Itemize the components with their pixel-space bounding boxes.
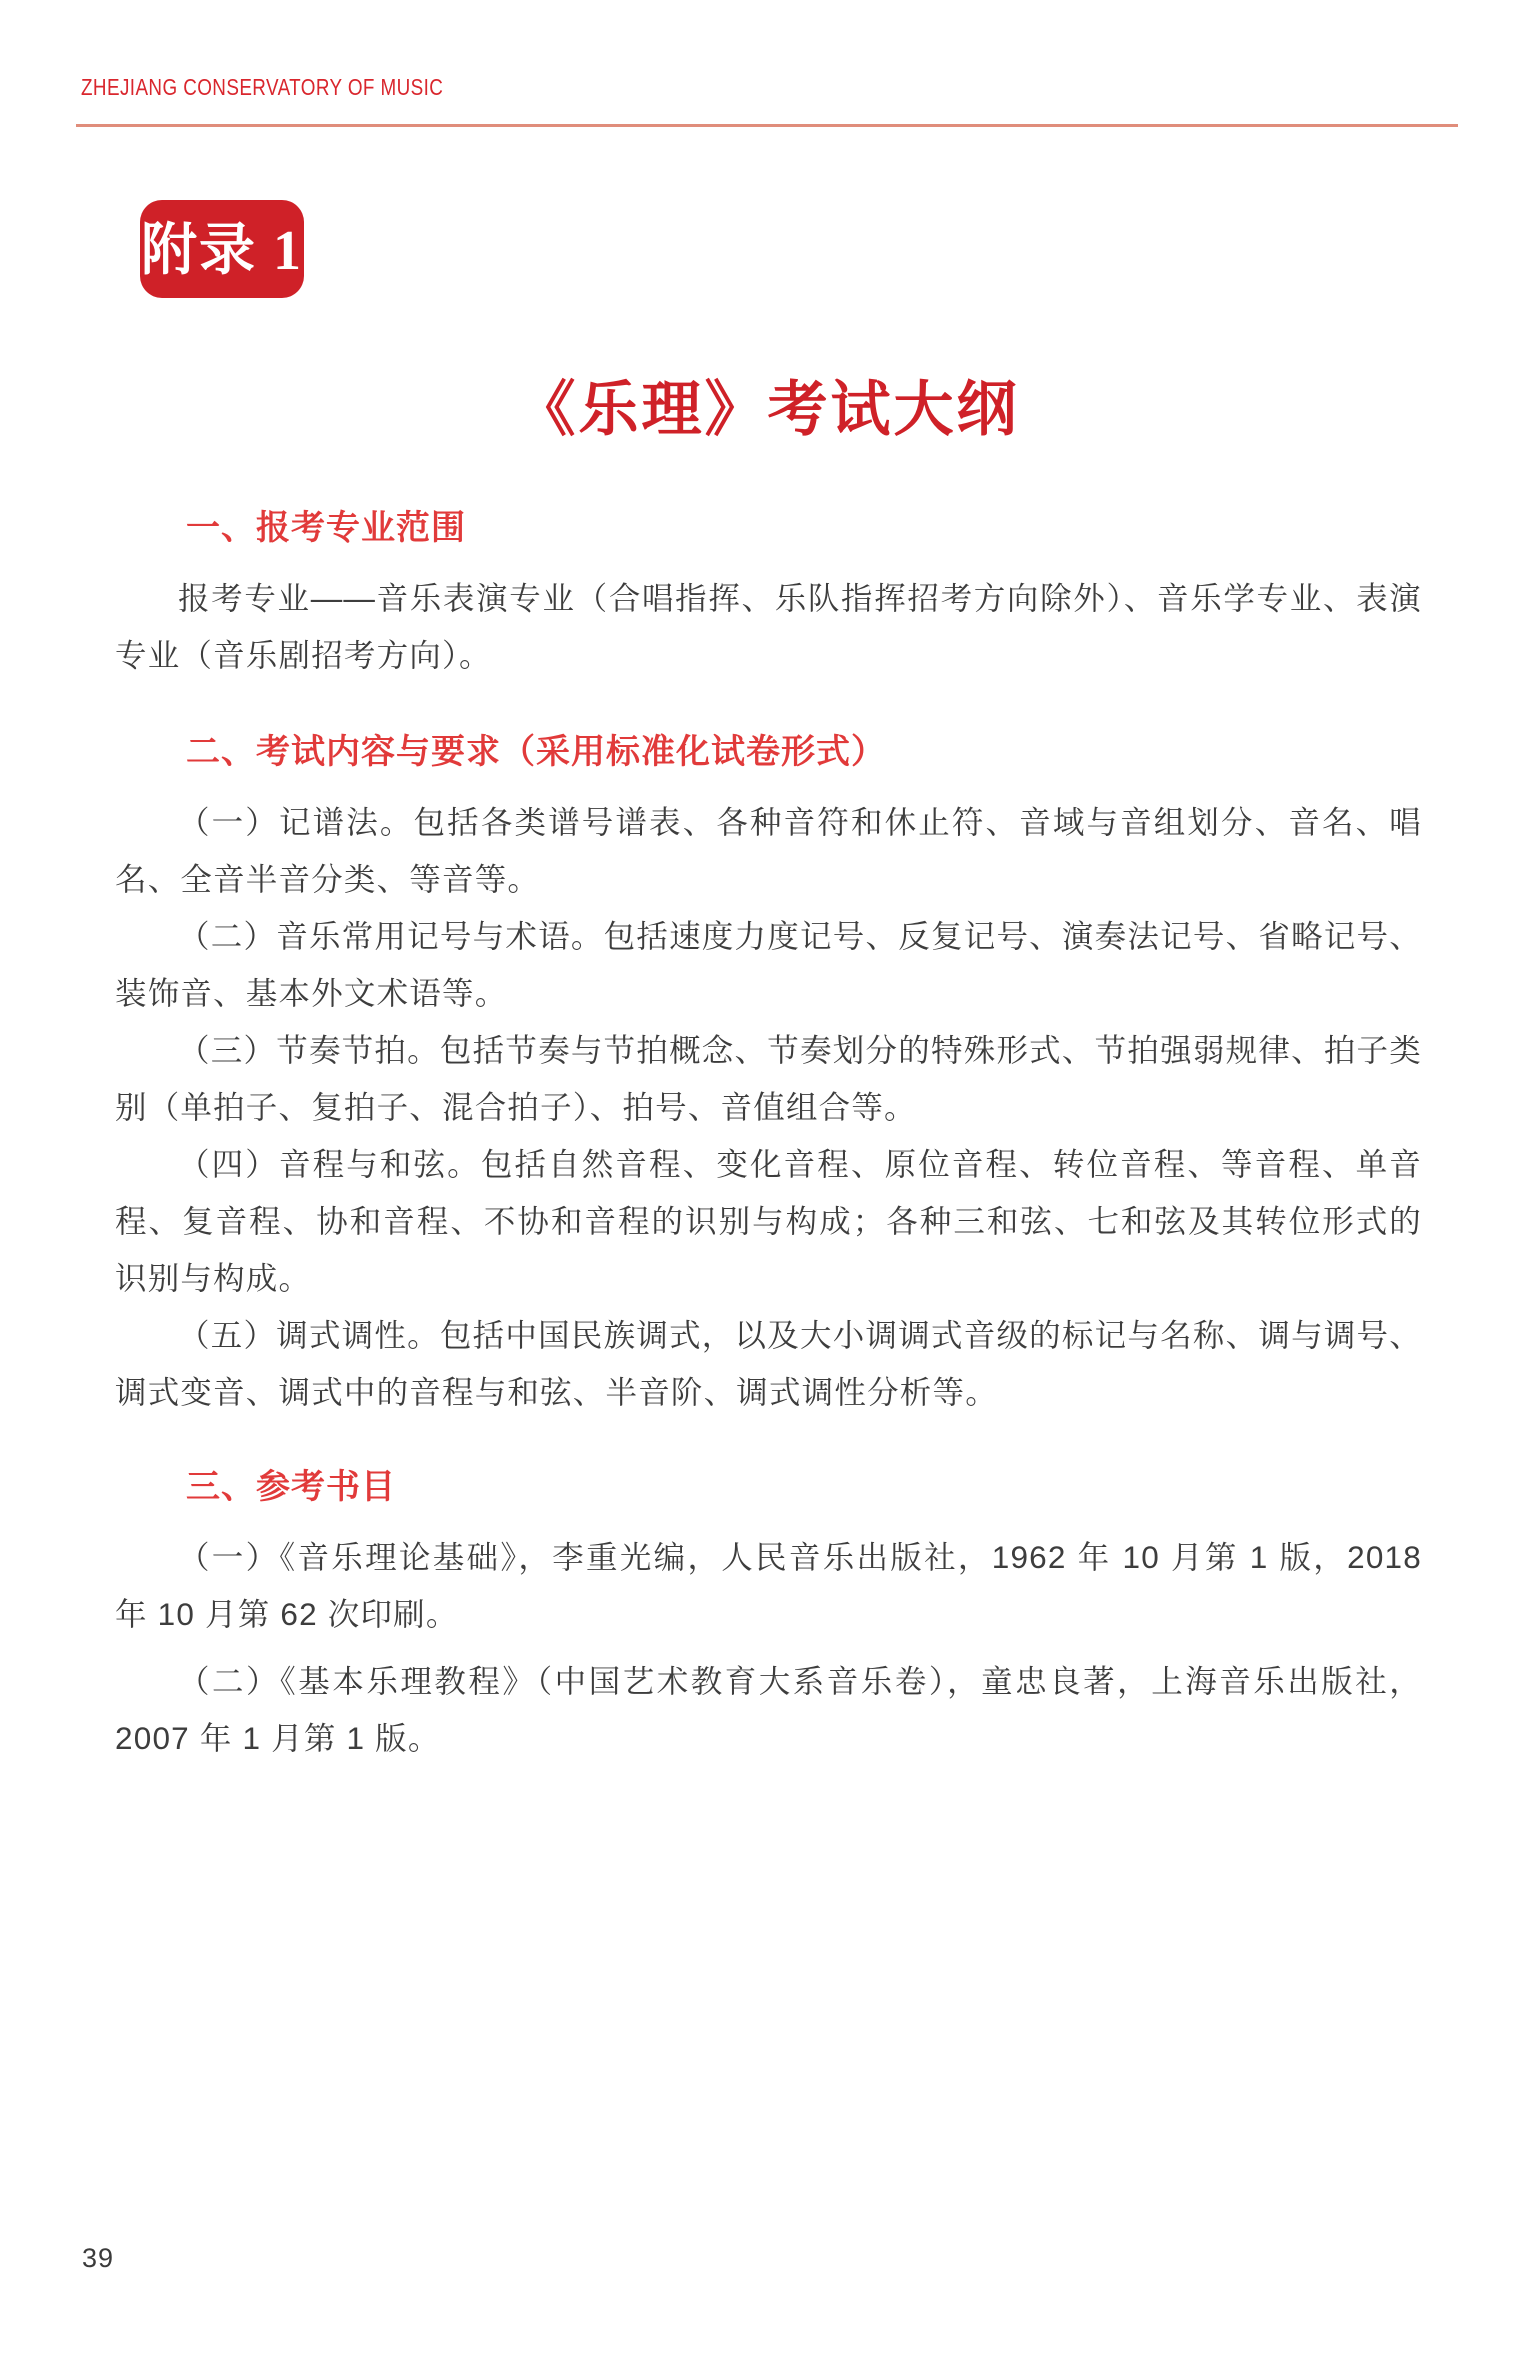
paragraph: （五）调式调性。包括中国民族调式，以及大小调调式音级的标记与名称、调与调号、调式… xyxy=(115,1307,1422,1421)
document-page: ZHEJIANG CONSERVATORY OF MUSIC 附录 1 《乐理》… xyxy=(0,0,1535,2362)
appendix-badge-label: 附录 1 xyxy=(141,206,303,292)
page-title: 《乐理》考试大纲 xyxy=(0,362,1535,448)
header-divider-rule xyxy=(76,124,1458,127)
page-header-text: ZHEJIANG CONSERVATORY OF MUSIC xyxy=(81,74,443,101)
paragraph: （一）记谱法。包括各类谱号谱表、各种音符和休止符、音域与音组划分、音名、唱名、全… xyxy=(115,794,1422,908)
paragraph: （二）《基本乐理教程》（中国艺术教育大系音乐卷），童忠良著，上海音乐出版社，20… xyxy=(115,1653,1422,1767)
section-heading-1: 一、报考专业范围 xyxy=(186,506,1422,550)
appendix-badge: 附录 1 xyxy=(140,200,304,298)
paragraph: 报考专业——音乐表演专业（合唱指挥、乐队指挥招考方向除外）、音乐学专业、表演专业… xyxy=(115,570,1422,684)
page-number: 39 xyxy=(82,2243,114,2274)
document-body: 一、报考专业范围 报考专业——音乐表演专业（合唱指挥、乐队指挥招考方向除外）、音… xyxy=(115,506,1422,1767)
paragraph: （一）《音乐理论基础》，李重光编，人民音乐出版社，1962 年 10 月第 1 … xyxy=(115,1529,1422,1643)
section-heading-2: 二、考试内容与要求（采用标准化试卷形式） xyxy=(186,730,1422,774)
section-heading-3: 三、参考书目 xyxy=(186,1465,1422,1509)
paragraph: （四）音程与和弦。包括自然音程、变化音程、原位音程、转位音程、等音程、单音程、复… xyxy=(115,1136,1422,1307)
paragraph: （三）节奏节拍。包括节奏与节拍概念、节奏划分的特殊形式、节拍强弱规律、拍子类别（… xyxy=(115,1022,1422,1136)
paragraph: （二）音乐常用记号与术语。包括速度力度记号、反复记号、演奏法记号、省略记号、装饰… xyxy=(115,908,1422,1022)
